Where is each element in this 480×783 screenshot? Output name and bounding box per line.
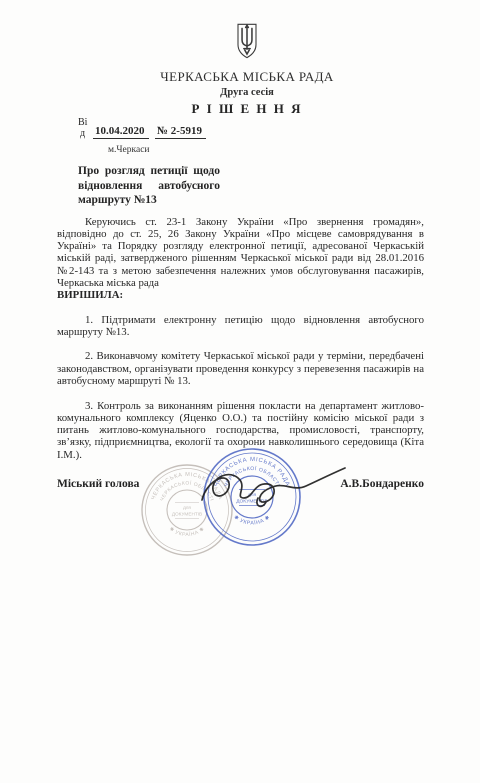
document-date: 10.04.2020: [93, 125, 149, 139]
document-page: ЧЕРКАСЬКА МІСЬКА РАДА Друга сесія Р І Ш …: [0, 0, 480, 783]
resolved-label: ВИРІШИЛА:: [57, 289, 424, 301]
gray-stamp-center-line2: ДОКУМЕНТІВ: [172, 512, 202, 517]
document-city: м.Черкаси: [108, 145, 150, 155]
intro-paragraph: Керуючись ст. 23-1 Закону України «Про з…: [57, 216, 424, 289]
decision-item-1: 1. Підтримати електронну петицію щодо ві…: [57, 314, 424, 338]
from-label-part2: д: [80, 129, 85, 139]
svg-text:✱ УКРАЇНА ✱: ✱ УКРАЇНА ✱: [233, 514, 272, 526]
gray-stamp-center-line1: для: [183, 505, 191, 510]
session-label: Друга сесія: [14, 87, 480, 98]
subject-line: відновлення автобусного: [78, 179, 220, 194]
subject-line: маршруту №13: [78, 193, 220, 208]
document-header: ЧЕРКАСЬКА МІСЬКА РАДА Друга сесія Р І Ш …: [14, 23, 480, 117]
ukraine-trident-icon: [232, 23, 262, 59]
subject-line: Про розгляд петиції щодо: [78, 164, 220, 179]
document-number: № 2-5919: [155, 125, 206, 139]
svg-text:✱ УКРАЇНА ✱: ✱ УКРАЇНА ✱: [168, 526, 206, 538]
blue-stamp-ring-bottom: ✱ УКРАЇНА ✱: [233, 514, 272, 526]
document-body: Керуючись ст. 23-1 Закону України «Про з…: [57, 216, 424, 461]
gray-stamp-ring-bottom: ✱ УКРАЇНА ✱: [168, 526, 206, 538]
stamps-and-signature: ЧЕРКАСЬКА МІСЬКА РАДА ЧЕРКАСЬКОЇ ОБЛАСТІ…: [130, 438, 380, 568]
subject-block: Про розгляд петиції щодо відновлення авт…: [78, 164, 220, 208]
from-label-part1: Ві: [78, 118, 87, 128]
document-type-title: Р І Ш Е Н Н Я: [14, 101, 480, 117]
signer-position: Міський голова: [57, 478, 139, 490]
decision-item-2: 2. Виконавчому комітету Черкаської міськ…: [57, 350, 424, 386]
org-name: ЧЕРКАСЬКА МІСЬКА РАДА: [14, 69, 480, 85]
